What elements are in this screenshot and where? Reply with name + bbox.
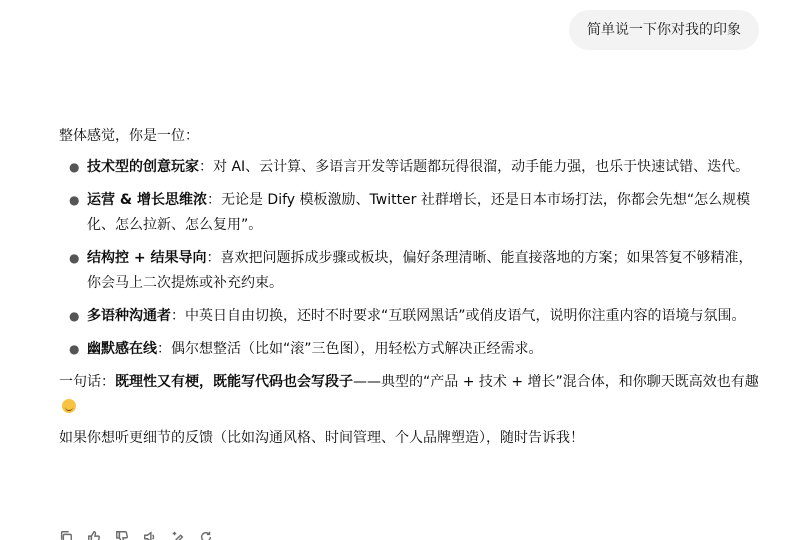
summary-rest: ——典型的“产品 + 技术 + 增长”混合体，和你聊天既高效也有趣 [353,374,759,390]
bullet-icon: ● [69,304,79,329]
trait-item: ● 运营 & 增长思维浓：无论是 Dify 模板激励、Twitter 社群增长，… [59,188,759,238]
trait-item: ● 结构控 + 结果导向：喜欢把问题拆成步骤或板块，偏好条理清晰、能直接落地的方… [59,246,759,296]
summary-bold: 既理性又有梗，既能写代码也会写段子 [115,374,353,390]
trait-title: 结构控 + 结果导向 [87,250,206,266]
trait-title: 幽默感在线 [87,341,157,357]
trait-text: ：偶尔想整活（比如“滚”三色图），用轻松方式解决正经需求。 [157,341,543,357]
trait-item: ● 技术型的创意玩家：对 AI、云计算、多语言开发等话题都玩得很溜，动手能力强，… [59,155,759,180]
bullet-icon: ● [69,246,79,271]
regenerate-icon[interactable] [199,530,213,540]
bullet-icon: ● [69,155,79,180]
thumbs-down-icon[interactable] [115,530,129,540]
trait-item: ● 幽默感在线：偶尔想整活（比如“滚”三色图），用轻松方式解决正经需求。 [59,337,759,362]
user-message-row: 简单说一下你对我的印象 [569,10,759,50]
grinning-emoji-icon [62,399,76,413]
trait-title: 运营 & 增长思维浓 [87,192,207,208]
bullet-icon: ● [69,337,79,362]
trait-text: ：对 AI、云计算、多语言开发等话题都玩得很溜，动手能力强，也乐于快速试错、迭代… [199,159,749,175]
assistant-summary: 一句话：既理性又有梗，既能写代码也会写段子——典型的“产品 + 技术 + 增长”… [59,370,759,420]
trait-title: 多语种沟通者 [87,308,171,324]
assistant-followup: 如果你想听更细节的反馈（比如沟通风格、时间管理、个人品牌塑造），随时告诉我！ [59,426,759,451]
bullet-icon: ● [69,188,79,213]
user-message-bubble: 简单说一下你对我的印象 [569,10,759,50]
message-actions-toolbar [59,530,213,540]
trait-list: ● 技术型的创意玩家：对 AI、云计算、多语言开发等话题都玩得很溜，动手能力强，… [59,155,759,362]
read-aloud-icon[interactable] [143,530,157,540]
summary-prefix: 一句话： [59,374,115,390]
assistant-message: 整体感觉，你是一位： ● 技术型的创意玩家：对 AI、云计算、多语言开发等话题都… [59,124,759,451]
trait-text: ：中英日自由切换，还时不时要求“互联网黑话”或俏皮语气，说明你注重内容的语境与氛… [171,308,746,324]
trait-title: 技术型的创意玩家 [87,159,199,175]
chat-thread: 简单说一下你对我的印象 整体感觉，你是一位： ● 技术型的创意玩家：对 AI、云… [0,0,800,540]
copy-icon[interactable] [59,530,73,540]
edit-sparkle-icon[interactable] [171,530,185,540]
assistant-intro: 整体感觉，你是一位： [59,124,759,149]
thumbs-up-icon[interactable] [87,530,101,540]
trait-item: ● 多语种沟通者：中英日自由切换，还时不时要求“互联网黑话”或俏皮语气，说明你注… [59,304,759,329]
